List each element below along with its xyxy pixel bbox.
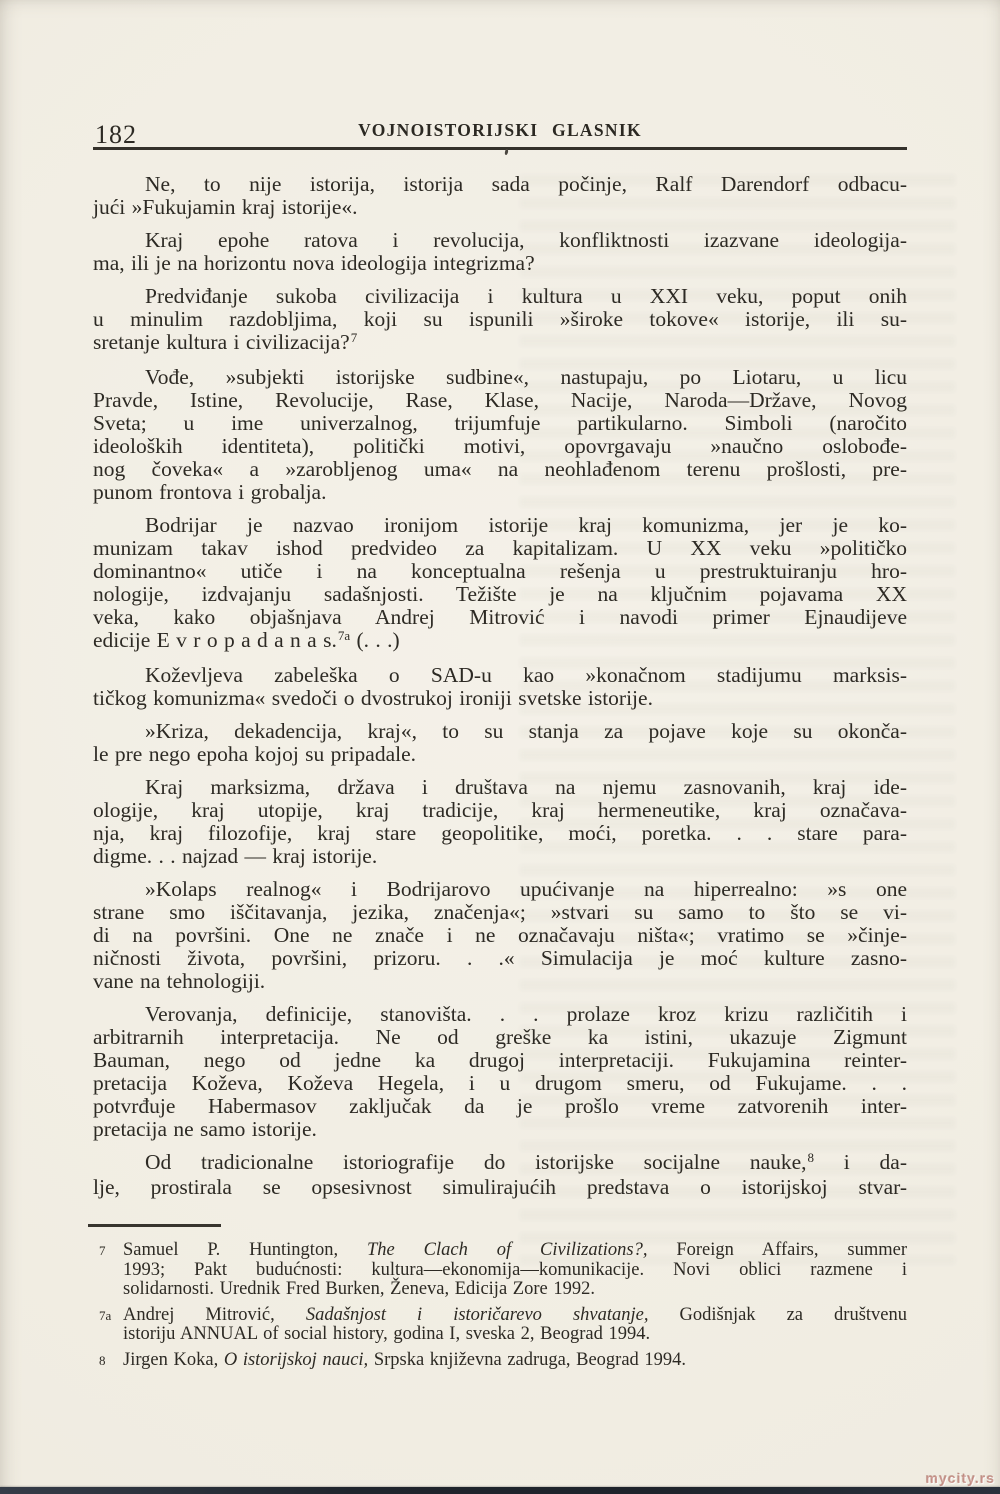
text-line: 1993; Pakt budućnosti: kultura—ekonomija… [123,1261,907,1281]
paragraph: Kraj marksizma, država i društava na nje… [93,776,907,868]
text-run: Sadašnjost i istoričarevo shvatanje, [306,1305,649,1325]
text-line: Sveta; u ime univerzalnog, trijumfuje pa… [93,412,907,435]
text-line: munizam takav ishod predvideo za kapital… [93,537,907,560]
text-line: ničnosti života, površini, prizoru. . .«… [93,947,907,970]
paragraph: Od tradicionalne istoriografije do istor… [93,1151,907,1199]
text-line: Vođe, »subjekti istorijske sudbine«, nas… [93,366,907,389]
text-run: digme. . . najzad — kraj istorije. [93,844,377,868]
paragraph: Bodrijar je nazvao ironijom istorije kra… [93,514,907,654]
text-run: le pre nego epoha kojoj su pripadale. [93,742,416,766]
text-run: O istorijskoj nauci, [224,1350,368,1370]
text-run: dominantno« utiče i na konceptualna reše… [93,559,907,583]
text-line: lje, prostirala se opsesivnost simuliraj… [93,1176,907,1199]
text-line: jući »Fukujamin kraj istorije«. [93,196,907,219]
text-run: nja, kraj filozofije, kraj stare geopoli… [93,821,907,845]
watermark: mycity.rs [926,1470,995,1486]
text-run: (. . .) [350,628,400,652]
text-line: vane na tehnologiji. [93,970,907,993]
text-line: Pravde, Istine, Revolucije, Rase, Klase,… [93,389,907,412]
footnote-separator [88,1224,221,1227]
footnotes-section: 7Samuel P. Huntington, The Clach of Civi… [93,1241,907,1376]
text-line: »Kolaps realnog« i Bodrijarovo upućivanj… [93,878,907,901]
text-line: ideoloških identiteta), politički motivi… [93,435,907,458]
footnote: 7Samuel P. Huntington, The Clach of Civi… [93,1241,907,1300]
text-line: Od tradicionalne istoriografije do istor… [93,1151,907,1176]
text-run: ma, ili je na horizontu nova ideologija … [93,251,535,275]
text-run: munizam takav ishod predvideo za kapital… [93,536,907,560]
page-header: 182 VOJNOISTORIJSKI GLASNIK [93,112,907,150]
paragraph: Koževljeva zabeleška o SAD-u kao »konačn… [93,664,907,710]
text-run: i da- [814,1150,907,1174]
text-line: Bauman, nego od jedne ka drugoj interpre… [93,1049,907,1072]
text-run: pretacija ne samo istorije. [93,1117,317,1141]
text-run: Bodrijar je nazvao ironijom istorije kra… [145,513,907,537]
text-line: edicije E v r o p a d a n a s.7a (. . .) [93,629,907,654]
article-body: Ne, to nije istorija, istorija sada poči… [93,173,907,1209]
scan-speck [504,149,508,156]
text-line: solidarnosti. Urednik Fred Burken, Ženev… [123,1280,907,1300]
footnote-marker: 7a [99,1308,111,1324]
text-run: di na površini. One ne znače i ne označa… [93,923,907,947]
text-run: strane smo iščitavanja, jezika, značenja… [93,900,907,924]
text-line: punom frontova i grobalja. [93,481,907,504]
footnote-marker: 8 [99,1353,106,1369]
text-run: solidarnosti. Urednik Fred Burken, Ženev… [123,1279,595,1299]
scanned-journal-page: 182 VOJNOISTORIJSKI GLASNIK Ne, to nije … [0,0,1000,1494]
text-line: Verovanja, definicije, stanovišta. . . p… [93,1003,907,1026]
text-run: Jirgen Koka, [123,1350,224,1370]
text-line: dominantno« utiče i na konceptualna reše… [93,560,907,583]
scan-edge-strip [0,1487,1000,1494]
text-line: ologije, kraj utopije, kraj tradicije, k… [93,799,907,822]
text-line: »Kriza, dekadencija, kraj«, to su stanja… [93,720,907,743]
text-run: nog čoveka« a »zarobljenog uma« na neohl… [93,457,907,481]
text-run: Srpska književna zadruga, Beograd 1994. [368,1350,686,1370]
text-line: nologije, izdvajanju sadašnjosti. Težišt… [93,583,907,606]
text-run: ničnosti života, površini, prizoru. . .«… [93,946,907,970]
text-run: sretanje kultura i civilizacija? [93,330,350,354]
text-line: sretanje kultura i civilizacija?7 [93,331,907,356]
text-run: lje, prostirala se opsesivnost simuliraj… [93,1175,907,1199]
footnote-ref: 7a [338,628,350,643]
text-line: Koževljeva zabeleška o SAD-u kao »konačn… [93,664,907,687]
text-run: Kraj epohe ratova i revolucija, konflikt… [145,228,907,252]
text-run: veka, kako objašnjava Andrej Mitrović i … [93,605,907,629]
text-run: punom frontova i grobalja. [93,480,326,504]
text-run: Sveta; u ime univerzalnog, trijumfuje pa… [93,411,907,435]
text-run: Andrej Mitrović, [123,1305,306,1325]
text-run: Kraj marksizma, država i društava na nje… [145,775,907,799]
text-line: arbitrarnih interpretacija. Ne od greške… [93,1026,907,1049]
paragraph: Verovanja, definicije, stanovišta. . . p… [93,1003,907,1141]
text-run: edicije E v r o p a d a n a s. [93,628,337,652]
text-run: The Clach of Civilizations?, [367,1240,647,1260]
text-line: nja, kraj filozofije, kraj stare geopoli… [93,822,907,845]
text-run: Predviđanje sukoba civilizacija i kultur… [145,284,907,308]
text-run: Verovanja, definicije, stanovišta. . . p… [145,1002,907,1026]
text-line: ma, ili je na horizontu nova ideologija … [93,252,907,275]
paragraph: Ne, to nije istorija, istorija sada poči… [93,173,907,219]
paragraph: Predviđanje sukoba civilizacija i kultur… [93,285,907,356]
text-line: u minulim razdobljima, koji su ispunili … [93,308,907,331]
footnote: 8Jirgen Koka, O istorijskoj nauci, Srpsk… [93,1351,907,1371]
paragraph: »Kolaps realnog« i Bodrijarovo upućivanj… [93,878,907,993]
footnote: 7aAndrej Mitrović, Sadašnjost i istoriča… [93,1306,907,1345]
footnote-marker: 7 [99,1243,106,1259]
text-run: vane na tehnologiji. [93,969,265,993]
text-run: Vođe, »subjekti istorijske sudbine«, nas… [145,365,907,389]
text-run: istoriju ANNUAL of social history, godin… [123,1324,650,1344]
text-line: le pre nego epoha kojoj su pripadale. [93,743,907,766]
text-line: Bodrijar je nazvao ironijom istorije kra… [93,514,907,537]
text-line: digme. . . najzad — kraj istorije. [93,845,907,868]
text-run: ologije, kraj utopije, kraj tradicije, k… [93,798,907,822]
text-line: Kraj epohe ratova i revolucija, konflikt… [93,229,907,252]
text-line: Ne, to nije istorija, istorija sada poči… [93,173,907,196]
text-run: tičkog komunizma« svedoči o dvostrukoj i… [93,686,653,710]
text-line: istoriju ANNUAL of social history, godin… [123,1325,907,1345]
text-line: Kraj marksizma, država i društava na nje… [93,776,907,799]
text-run: jući »Fukujamin kraj istorije«. [93,195,358,219]
footnote-ref: 8 [808,1150,815,1165]
text-line: Predviđanje sukoba civilizacija i kultur… [93,285,907,308]
text-line: di na površini. One ne znače i ne označa… [93,924,907,947]
text-line: tičkog komunizma« svedoči o dvostrukoj i… [93,687,907,710]
text-run: ideoloških identiteta), politički motivi… [93,434,907,458]
text-line: pretacija ne samo istorije. [93,1118,907,1141]
journal-title: VOJNOISTORIJSKI GLASNIK [93,120,907,141]
text-run: pretacija Koževa, Koževa Hegela, i u dru… [93,1071,907,1095]
text-line: strane smo iščitavanja, jezika, značenja… [93,901,907,924]
paragraph: »Kriza, dekadencija, kraj«, to su stanja… [93,720,907,766]
text-run: Pravde, Istine, Revolucije, Rase, Klase,… [93,388,907,412]
text-run: Godišnjak za društvenu [648,1305,907,1325]
text-run: Koževljeva zabeleška o SAD-u kao »konačn… [145,663,907,687]
text-run: Bauman, nego od jedne ka drugoj interpre… [93,1048,907,1072]
text-run: »Kolaps realnog« i Bodrijarovo upućivanj… [145,877,907,901]
text-run: arbitrarnih interpretacija. Ne od greške… [93,1025,907,1049]
text-line: Jirgen Koka, O istorijskoj nauci, Srpska… [123,1351,907,1371]
text-run: potvrđuje Habermasov zaključak da je pro… [93,1094,907,1118]
paragraph: Kraj epohe ratova i revolucija, konflikt… [93,229,907,275]
paragraph: Vođe, »subjekti istorijske sudbine«, nas… [93,366,907,504]
text-run: Od tradicionalne istoriografije do istor… [145,1150,807,1174]
text-line: veka, kako objašnjava Andrej Mitrović i … [93,606,907,629]
text-run: Ne, to nije istorija, istorija sada poči… [145,172,907,196]
text-line: nog čoveka« a »zarobljenog uma« na neohl… [93,458,907,481]
text-run: »Kriza, dekadencija, kraj«, to su stanja… [145,719,907,743]
footnote-ref: 7 [351,330,358,345]
text-run: 1993; Pakt budućnosti: kultura—ekonomija… [123,1260,907,1280]
text-line: potvrđuje Habermasov zaključak da je pro… [93,1095,907,1118]
text-line: pretacija Koževa, Koževa Hegela, i u dru… [93,1072,907,1095]
text-run: Samuel P. Huntington, [123,1240,367,1260]
text-run: Foreign Affairs, summer [647,1240,907,1260]
text-line: Samuel P. Huntington, The Clach of Civil… [123,1241,907,1261]
text-line: Andrej Mitrović, Sadašnjost i istoričare… [123,1306,907,1326]
text-run: nologije, izdvajanju sadašnjosti. Težišt… [93,582,907,606]
text-run: u minulim razdobljima, koji su ispunili … [93,307,907,331]
